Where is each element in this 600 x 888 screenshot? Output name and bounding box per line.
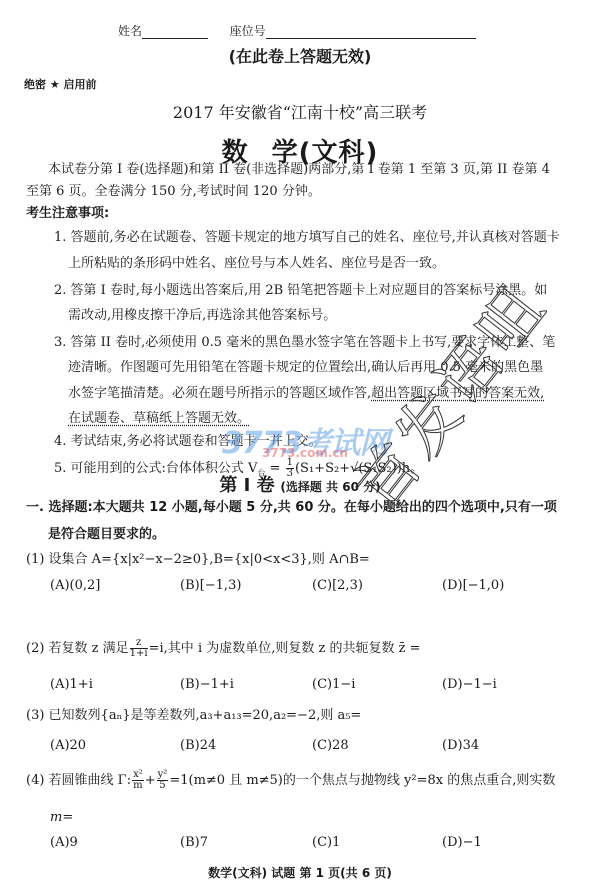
question-3-stem: (3) 已知数列{aₙ}是等差数列,a₃+a₁₃=20,a₂=−2,则 a₅= bbox=[26, 708, 361, 724]
fraction-denominator: 1+i bbox=[130, 649, 148, 659]
question-2-option-d: (D)−1−i bbox=[442, 677, 497, 692]
question-3-option-b: (B)24 bbox=[180, 738, 216, 753]
exam-title: 2017 年安徽省“江南十校”高三联考 bbox=[0, 100, 600, 123]
question-1-option-a: (A)(0,2] bbox=[50, 578, 100, 593]
question-2-option-b: (B)−1+i bbox=[180, 677, 234, 692]
question-4-option-d: (D)−1 bbox=[442, 835, 482, 850]
section-title-main: 第 I 卷 bbox=[219, 475, 274, 496]
seat-blank bbox=[266, 26, 476, 39]
invalid-notice: (在此卷上答题无效) bbox=[0, 44, 600, 67]
question-4-option-c: (C)1 bbox=[312, 835, 340, 850]
fraction-denominator: 5 bbox=[157, 781, 169, 791]
question-4-option-a: (A)9 bbox=[50, 835, 78, 850]
question-1-option-b: (B)[−1,3) bbox=[180, 578, 241, 593]
plus-sign: + bbox=[145, 773, 156, 788]
question-4-stem-b: =1(m≠0 且 m≠5)的一个焦点与抛物线 y²=8x 的焦点重合,则实数 bbox=[169, 773, 555, 788]
name-blank bbox=[142, 26, 208, 39]
intro-line-1: 本试卷分第 I 卷(选择题)和第 II 卷(非选择题)两部分,第 I 卷第 1 … bbox=[48, 162, 550, 178]
question-2-stem-a: (2) 若复数 z 满足 bbox=[26, 641, 129, 656]
instruction-3-line-3a: 水签字笔描清楚。必须在题号所指示的答题区域作答, bbox=[68, 386, 371, 401]
instruction-1-line-2: 上所粘贴的条形码中姓名、座位号与本人姓名、座位号是否一致。 bbox=[68, 256, 445, 272]
question-1-option-c: (C)[2,3) bbox=[312, 578, 363, 593]
question-1-option-d: (D)[−1,0) bbox=[442, 578, 504, 593]
seat-label: 座位号 bbox=[230, 24, 266, 38]
question-1-stem: (1) 设集合 A={x|x²−x−2≥0},B={x|0<x<3},则 A∩B… bbox=[26, 552, 370, 568]
question-4-stem-c: m= bbox=[50, 810, 73, 826]
instruction-1-line-1: 1. 答题前,务必在试题卷、答题卡规定的地方填写自己的姓名、座位号,并认真核对答… bbox=[54, 230, 560, 246]
question-2-stem: (2) 若复数 z 满足z1+i=i,其中 i 为虚数单位,则复数 z 的共轭复… bbox=[26, 638, 420, 659]
question-2-option-c: (C)1−i bbox=[312, 677, 355, 692]
section-title: 第 I 卷 (选择题 共 60 分) bbox=[0, 471, 600, 497]
header-fields: 姓名 座位号 bbox=[118, 22, 476, 39]
question-2-fraction: z1+i bbox=[130, 638, 148, 659]
part-instructions-line-1: 一. 选择题:本大题共 12 小题,每小题 5 分,共 60 分。在每小题给出的… bbox=[26, 500, 557, 516]
question-4-fraction-2: y²5 bbox=[157, 770, 169, 791]
question-4-option-b: (B)7 bbox=[180, 835, 208, 850]
instruction-2-line-2: 需改动,用橡皮擦干净后,再选涂其他答案标号。 bbox=[68, 308, 336, 324]
fraction-denominator: m bbox=[132, 781, 144, 791]
secret-label: 绝密 ★ 启用前 bbox=[24, 76, 97, 92]
url-watermark: 3773.com.cn bbox=[262, 446, 348, 460]
question-4-stem-a: (4) 若圆锥曲线 Γ: bbox=[26, 773, 131, 788]
question-2-stem-b: =i,其中 i 为虚数单位,则复数 z 的共轭复数 z̄ = bbox=[149, 641, 421, 656]
question-4-fraction-1: x²m bbox=[132, 770, 144, 791]
question-2-option-a: (A)1+i bbox=[50, 677, 93, 692]
intro-line-2: 至第 6 页。全卷满分 150 分,考试时间 120 分钟。 bbox=[26, 184, 321, 200]
question-3-option-d: (D)34 bbox=[442, 738, 479, 753]
question-3-option-a: (A)20 bbox=[50, 738, 86, 753]
instructions-heading: 考生注意事项: bbox=[26, 206, 109, 222]
name-label: 姓名 bbox=[118, 24, 142, 38]
page-footer: 数学(文科) 试题 第 1 页(共 6 页) bbox=[0, 864, 600, 881]
part-instructions-line-2: 是符合题目要求的。 bbox=[48, 527, 165, 543]
question-3-option-c: (C)28 bbox=[312, 738, 349, 753]
question-4-stem: (4) 若圆锥曲线 Γ:x²m+y²5=1(m≠0 且 m≠5)的一个焦点与抛物… bbox=[26, 770, 555, 791]
